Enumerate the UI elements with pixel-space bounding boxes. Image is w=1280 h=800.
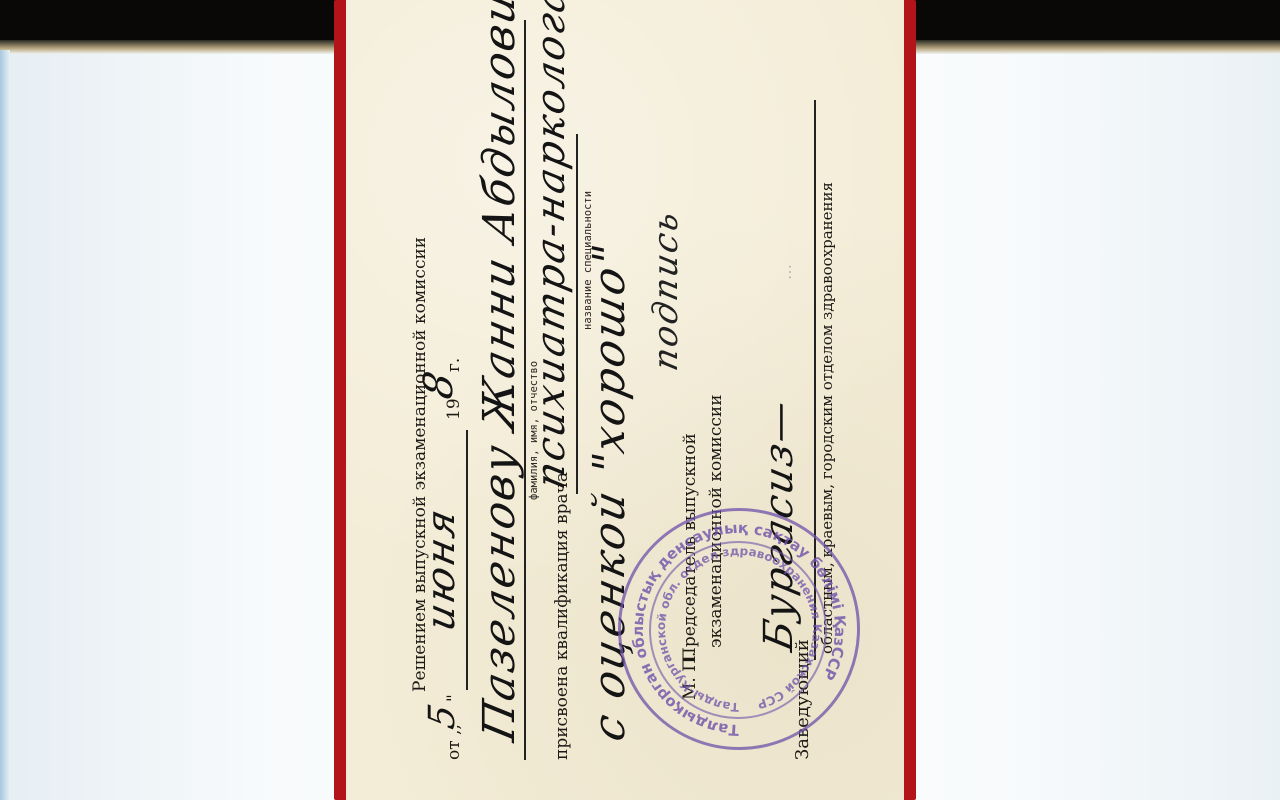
chair-signature: подпись <box>646 206 686 374</box>
specialty-rule <box>576 134 578 494</box>
faint-offset-mark: … <box>776 264 795 280</box>
scanner-left-edge <box>0 50 10 800</box>
document-content: Решением выпускной экзаменационной комис… <box>346 0 904 800</box>
month-rule <box>466 430 468 690</box>
handwritten-month: июня <box>418 503 464 635</box>
official-stamp: Талдықорган облыстық денсаулық сақтау бө… <box>618 508 860 750</box>
handwritten-name: Пазеленову Жанни Абдыловичи <box>474 0 525 745</box>
year-suffix: г. <box>444 358 464 372</box>
name-rule <box>524 20 526 760</box>
handwritten-specialty: психиатра-нарколога <box>528 0 574 493</box>
date-quote: " <box>444 694 464 702</box>
handwritten-day: 5 <box>422 699 463 733</box>
qualification-label: присвоена квалификация врача <box>552 472 572 760</box>
svg-text:Талды-Курганской обл. отдел зд: Талды-Курганской обл. отдел здравоохране… <box>654 544 824 714</box>
stamp-text-ring: Талдықорган облыстық денсаулық сақтау бө… <box>621 511 857 747</box>
